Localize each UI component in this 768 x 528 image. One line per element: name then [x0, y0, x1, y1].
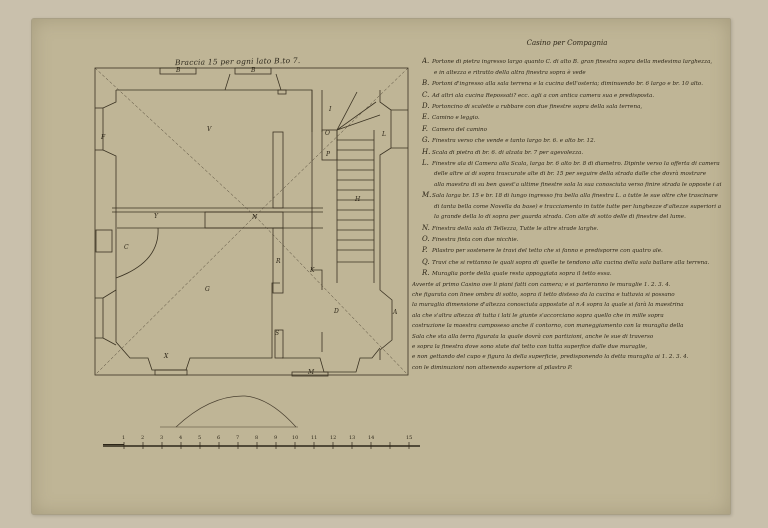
room-label-R: P	[326, 151, 330, 158]
room-label-Q: O	[325, 130, 330, 137]
legend-item-L: L.Finestre ala di Camera alla Scala, lar…	[422, 158, 722, 169]
legend-item-N: N.Finestra della sala di Tellezza, Tutte…	[422, 223, 722, 234]
note-line: che figurata con linee ombra di sotto, s…	[412, 290, 722, 300]
scale-label: 1	[122, 435, 125, 441]
room-label-O: M	[308, 369, 314, 376]
note-line: la muraglia dimensione d'altezza conosci…	[412, 300, 722, 310]
legend-item-A: A.Portone di pietra ingresso largo quant…	[422, 56, 722, 67]
room-label-B1: B	[176, 67, 180, 74]
legend-item-C: C.Ad altri ala cucina Repossati? ecc. ag…	[422, 90, 722, 101]
legend-item-H: H.Scala di pietra di br. 6. di alzata br…	[422, 147, 722, 158]
legend-item-G: G.Finestra verso che vende e tanto largo…	[422, 135, 722, 146]
room-label-B2: B	[251, 67, 255, 74]
room-label-L: L	[382, 131, 386, 138]
legend-item-R: R.Muraglia porte della quale resta appog…	[422, 268, 722, 279]
scale-bar	[103, 442, 420, 449]
legend-item-L-cont: delle altre ai di sopra trascurate alte …	[422, 169, 722, 179]
scale-label: 15	[406, 435, 412, 441]
legend-item-Q: Q.Travi che si rettanno le quali sopra d…	[422, 257, 722, 268]
scale-label: 5	[198, 435, 201, 441]
scale-label: 13	[349, 435, 355, 441]
scale-label: 2	[141, 435, 144, 441]
notes-paragraph: Avverte al primo Casino ove li piani fat…	[412, 280, 722, 374]
legend-item-B: B.Portoni d'ingresso alla sala terrena e…	[422, 78, 722, 89]
note-line: ala che s'altra altezza di tutta i lati …	[412, 311, 722, 321]
legend-item-F: F.Camera del camino	[422, 124, 722, 135]
room-label-M: V	[207, 126, 211, 133]
room-label-S: R	[276, 258, 281, 265]
scale-label: 9	[274, 435, 277, 441]
note-line: Avverte al primo Casino ove li piani fat…	[412, 280, 722, 290]
scale-label: 6	[217, 435, 220, 441]
fireplace-Y	[96, 230, 112, 252]
room-label-D: D	[334, 308, 339, 315]
note-line: e sopra la finestra dove sono state dal …	[412, 342, 722, 352]
room-label-V: X	[164, 353, 168, 360]
arch-profile	[176, 396, 296, 427]
outer-wall	[95, 68, 408, 375]
note-line: con le diminuzioni non attenendo superio…	[412, 363, 722, 373]
legend-item-M: M.Sala larga br. 15 e br. 18 di lungo in…	[422, 190, 722, 201]
scale-label: 12	[330, 435, 336, 441]
legend-item-O: O.Finestra finta con due nicchie.	[422, 234, 722, 245]
room-label-F: F	[101, 134, 105, 141]
note-line: costruzione la maestra camposeso anche i…	[412, 321, 722, 331]
scale-label: 14	[368, 435, 374, 441]
note-line: Sala che sta alla terra figurata la qual…	[412, 332, 722, 342]
legend-item-E: E.Camino e leggio.	[422, 112, 722, 123]
legend-item-A-cont: e in altezza e ritratto della altra fine…	[422, 68, 722, 78]
legend-item-P: P.Pilastro per sostenere le travi del te…	[422, 245, 722, 256]
legend-item-D: D.Portoncino di scalette a rubbare con d…	[422, 101, 722, 112]
scale-label: 8	[255, 435, 258, 441]
room-label-G: G	[205, 286, 210, 293]
room-label-P: N	[252, 214, 257, 221]
scale-label: 3	[160, 435, 163, 441]
room-label-A: A	[393, 309, 397, 316]
room-label-H: H	[355, 196, 360, 203]
legend-item-M-cont: di tanta bella come Novella da base) e t…	[422, 202, 722, 212]
room-label-K: K	[310, 267, 314, 274]
scale-label: 7	[236, 435, 239, 441]
legend-title: Casino per Compagnia	[412, 38, 722, 48]
legend-item-M-cont2: la grande della lo di sopra per guarda s…	[422, 212, 722, 222]
room-label-I: I	[329, 106, 331, 113]
scale-label: 4	[179, 435, 182, 441]
scale-label: 11	[311, 435, 317, 441]
scale-label: 10	[292, 435, 298, 441]
pillar-P	[205, 212, 283, 228]
legend: Casino per Compagnia A.Portone di pietra…	[422, 38, 722, 373]
room-label-C: C	[124, 244, 129, 251]
note-line: e non gettando del cupo e figura la dell…	[412, 352, 722, 362]
legend-item-L-cont2: alla maestra di su ben quest'a ultime fi…	[422, 180, 722, 190]
room-label-X: Y	[154, 213, 158, 220]
room-label-T: S	[275, 330, 279, 337]
